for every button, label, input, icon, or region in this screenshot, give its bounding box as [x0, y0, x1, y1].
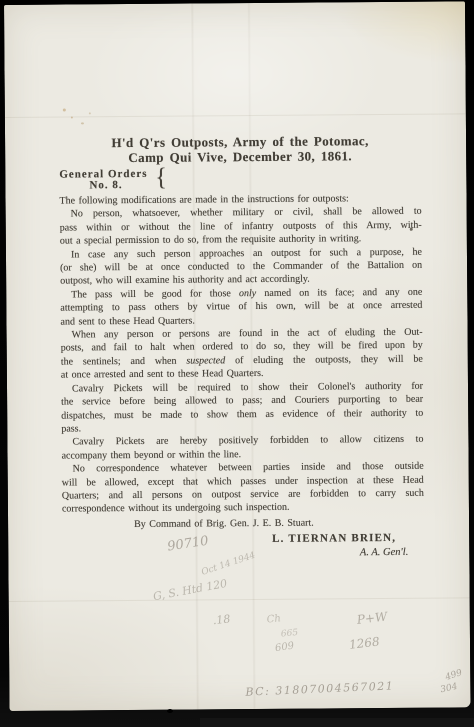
pencil-annotation: Ch	[266, 613, 281, 626]
order-brace: {	[155, 164, 167, 192]
pencil-annotation: BC: 31807004567021	[245, 679, 394, 698]
photo-speck	[167, 709, 173, 713]
document-body: The following modifications are made in …	[59, 192, 424, 517]
pencil-annotation: P+W	[356, 609, 388, 626]
pencil-annotation: 304	[440, 682, 459, 695]
body-text-line: Cavalry Pickets are hereby positively fo…	[61, 433, 423, 449]
order-number: No. 8.	[59, 178, 421, 191]
fold-crease	[5, 113, 466, 118]
document-paper: H'd Q'rs Outposts, Army of the Potomac, …	[4, 1, 471, 711]
pencil-annotation: 499	[444, 668, 463, 683]
body-text-line: attempting to pass others by virtue of h…	[60, 299, 422, 315]
fold-crease	[9, 597, 470, 602]
general-orders-block: General Orders No. 8. {	[59, 166, 421, 193]
body-text-line: dispatches, must be made to show them as…	[61, 406, 423, 422]
foxing-speck	[71, 116, 73, 118]
printed-order: H'd Q'rs Outposts, Army of the Potomac, …	[59, 133, 424, 563]
photo-bottom-strip	[200, 718, 474, 727]
pencil-annotation: 1268	[348, 635, 380, 652]
header-line-1: H'd Q'rs Outposts, Army of the Potomac,	[59, 133, 421, 151]
header-line-2: Camp Qui Vive, December 30, 1861.	[59, 148, 421, 166]
foxing-speck	[89, 112, 91, 114]
pencil-annotation: 609	[274, 640, 295, 654]
pencil-annotation: 665	[281, 628, 299, 640]
foxing-speck	[81, 122, 84, 124]
pencil-annotation: .18	[212, 612, 231, 627]
foxing-speck	[63, 109, 66, 112]
body-text-line: correspondence without its undergoing su…	[62, 500, 424, 516]
